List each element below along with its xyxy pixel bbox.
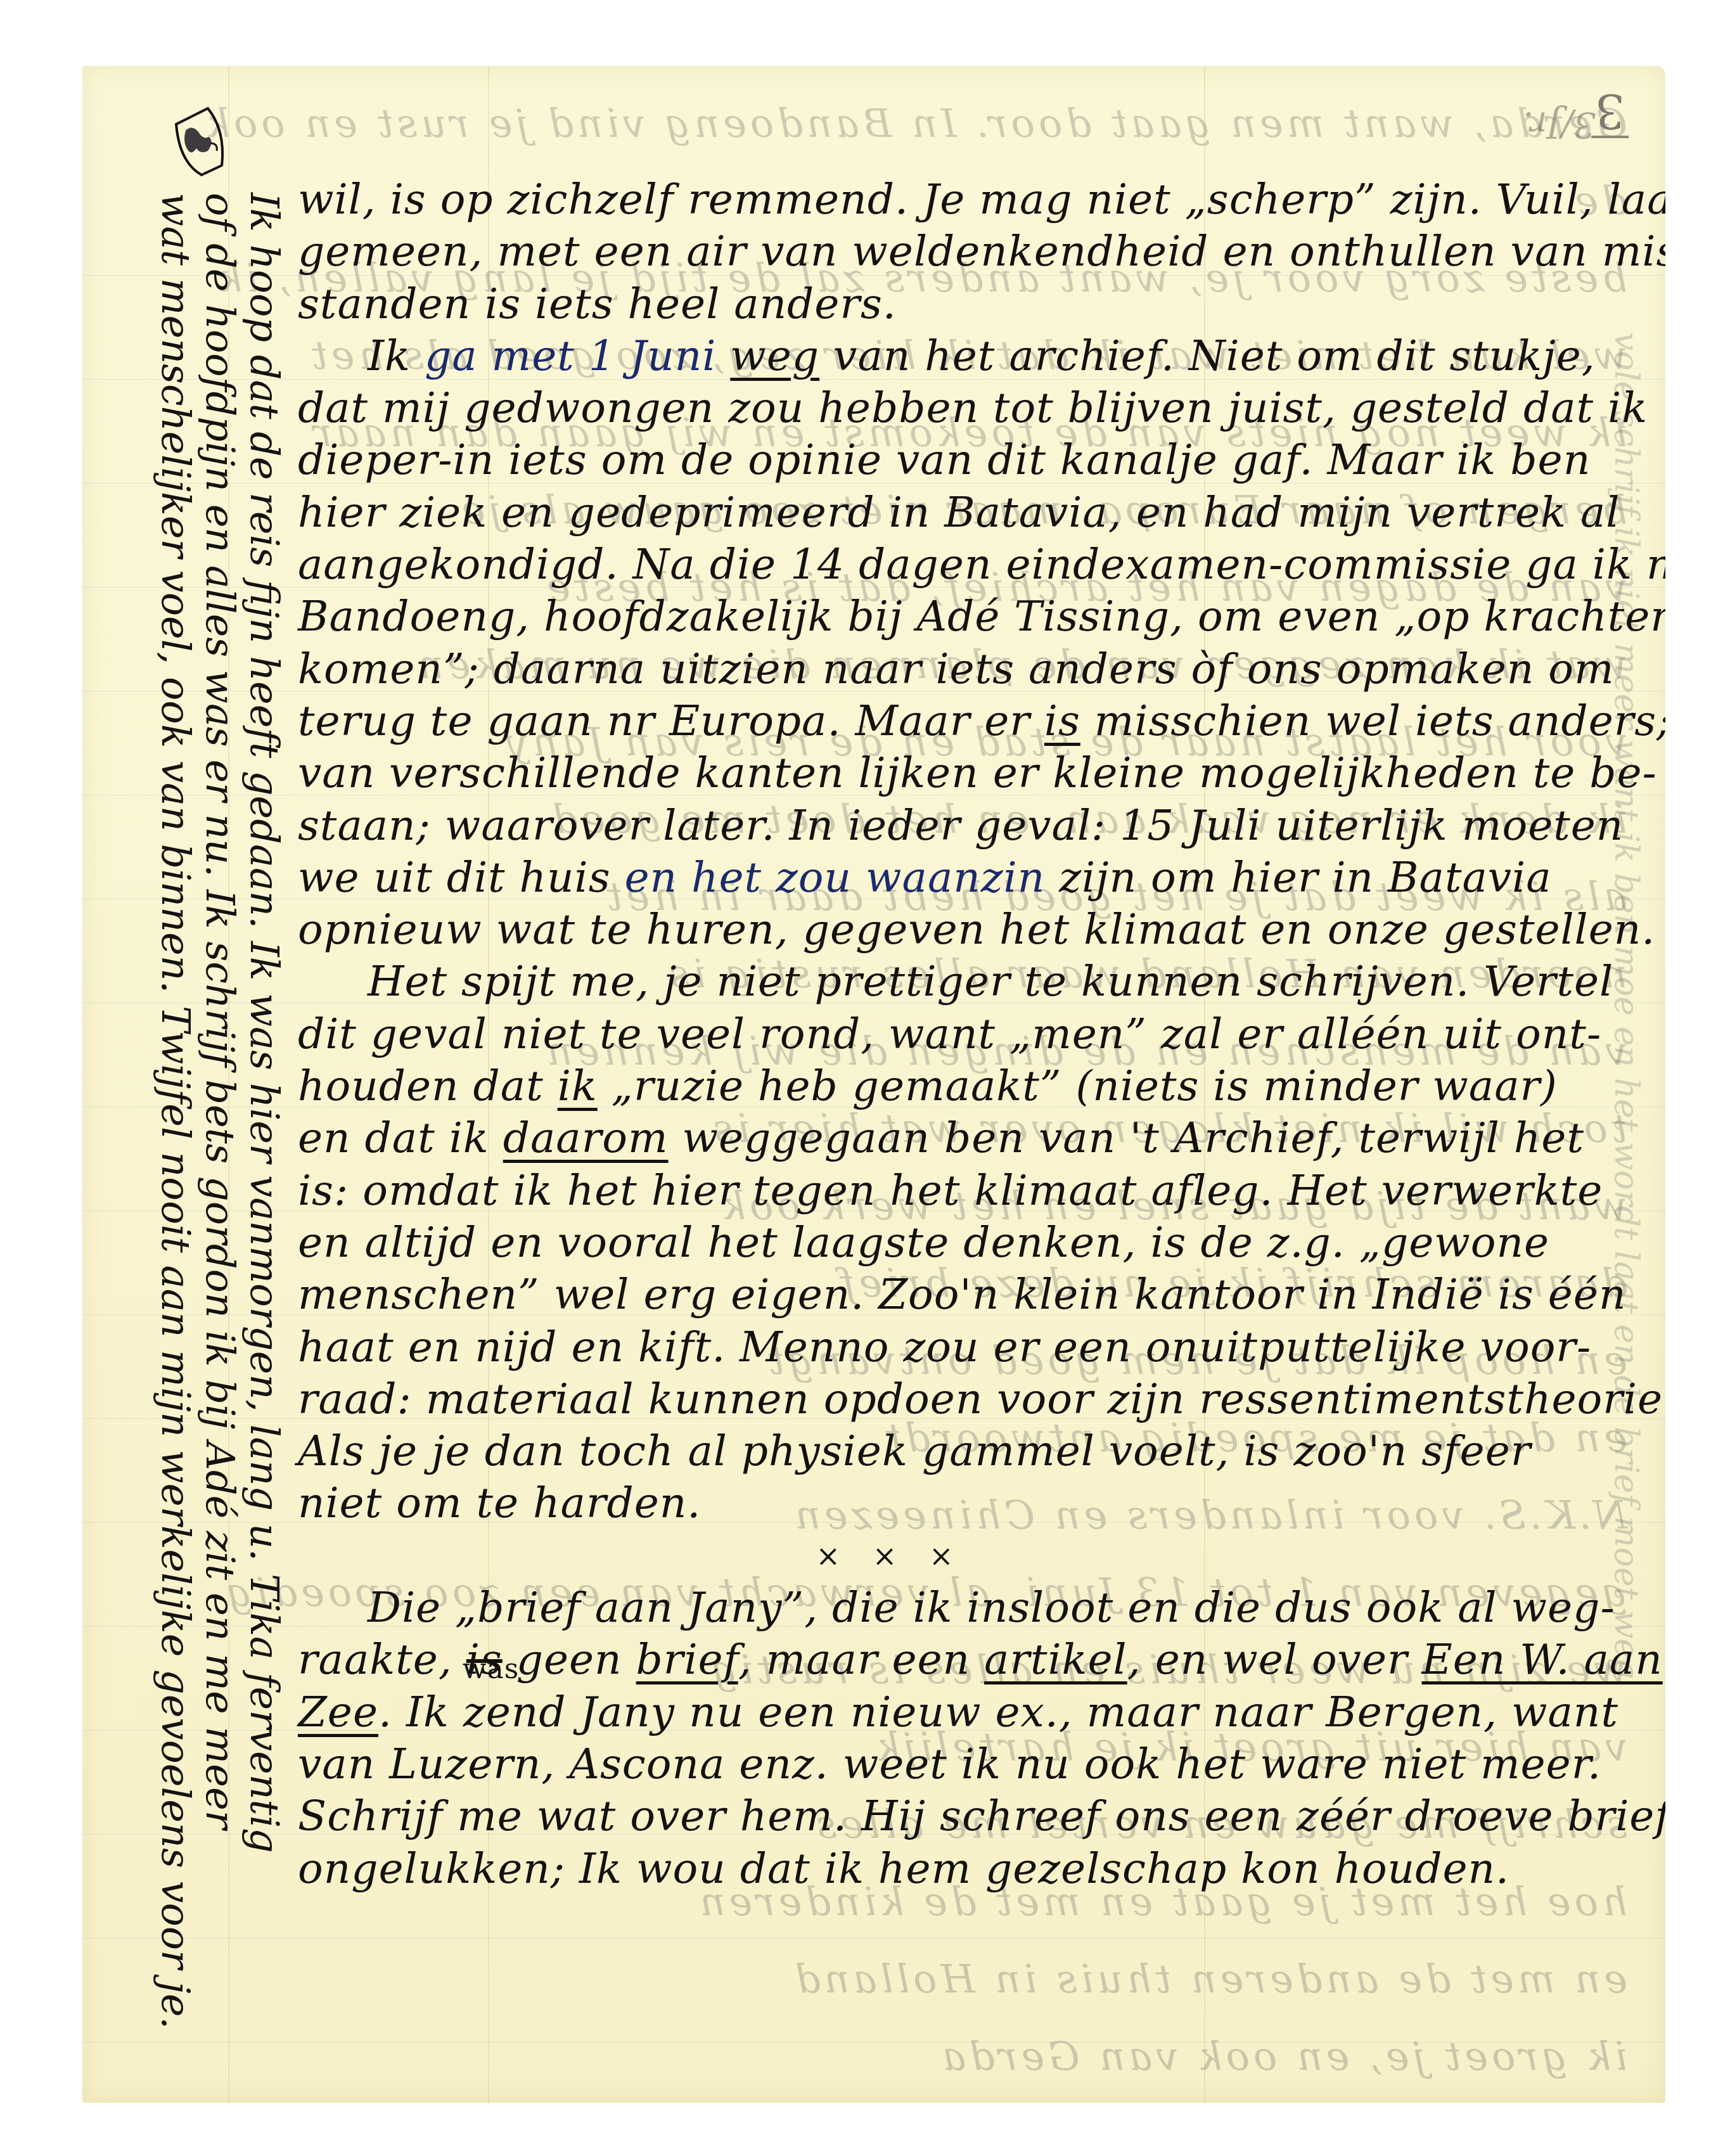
- body-line: Het spijt me, je niet prettiger te kunne…: [298, 956, 1648, 1008]
- body-line: dieper-in iets om de opinie van dit kana…: [298, 434, 1648, 486]
- body-line: ongelukken; Ik wou dat ik hem gezelschap…: [298, 1843, 1648, 1895]
- body-line: aangekondigd. Na die 14 dagen eindexamen…: [298, 539, 1648, 591]
- body-line: menschen” wel erg eigen. Zoo'n klein kan…: [298, 1269, 1648, 1321]
- body-line: Als je je dan toch al physiek gammel voe…: [298, 1425, 1648, 1477]
- body-line: en altijd en vooral het laagste denken, …: [298, 1217, 1648, 1269]
- underlined-title: Zee: [298, 1688, 378, 1736]
- body-line: van verschillende kanten lijken er klein…: [298, 747, 1648, 799]
- underlined-word: ik: [558, 1062, 598, 1110]
- margin-line: Ik hoop dat de reis fijn heeft gedaan. I…: [242, 193, 286, 2094]
- body-line: staan; waarover later. In ieder geval: 1…: [298, 800, 1648, 852]
- underlined-word: artikel: [984, 1635, 1127, 1684]
- underlined-title: Een W. aan: [1422, 1635, 1663, 1684]
- body-line: dit geval niet te veel rond, want „men” …: [298, 1008, 1648, 1060]
- body-line: raakte, wasis geen brief, maar een artik…: [298, 1634, 1648, 1686]
- page-number: 3: [1591, 85, 1629, 138]
- body-line: houden dat ik „ruzie heb gemaakt” (niets…: [298, 1060, 1648, 1112]
- margin-line: of de hoofdpijn en alles was er nu. Ik s…: [198, 193, 242, 2094]
- body-line: komen”; daarna uitzien naar iets anders …: [298, 643, 1648, 695]
- underlined-word: is: [1044, 696, 1080, 745]
- letter-page: Gerda, want men gaat door. In Bandoeng v…: [82, 66, 1665, 2103]
- blue-ink-text: ga met 1 Juni: [425, 331, 730, 380]
- body-line: en dat ik daarom weggegaan ben van 't Ar…: [298, 1112, 1648, 1164]
- body-line: standen is iets heel anders.: [298, 278, 1648, 330]
- margin-annotation: Ik hoop dat de reis fijn heeft gedaan. I…: [153, 193, 286, 2094]
- underlined-word: brief: [636, 1635, 738, 1684]
- body-line: raad: materiaal kunnen opdoen voor zijn …: [298, 1373, 1648, 1425]
- body-line: Die „brief aan Jany”, die ik insloot en …: [298, 1582, 1648, 1634]
- body-line: gemeen, met een air van weldenkendheid e…: [298, 226, 1648, 278]
- underlined-word: weg: [730, 331, 819, 380]
- body-line: opnieuw wat te huren, gegeven het klimaa…: [298, 904, 1648, 956]
- body-line: we uit dit huis en het zou waanzin zijn …: [298, 852, 1648, 904]
- underlined-word: daarom: [503, 1113, 669, 1162]
- page-note: 3/Jr.: [1523, 104, 1596, 145]
- body-line: terug te gaan nr Europa. Maar er is miss…: [298, 695, 1648, 747]
- body-line: Schrijf me wat over hem. Hij schreef ons…: [298, 1790, 1648, 1842]
- body-line: dat mij gedwongen zou hebben tot blijven…: [298, 382, 1648, 434]
- shield-crest-icon: [163, 105, 233, 181]
- body-line: van Luzern, Ascona enz. weet ik nu ook h…: [298, 1738, 1648, 1790]
- body-line: wil, is op zichzelf remmend. Je mag niet…: [298, 174, 1648, 226]
- body-line: haat en nijd en kift. Menno zou er een o…: [298, 1321, 1648, 1373]
- letter-body: wil, is op zichzelf remmend. Je mag niet…: [298, 174, 1648, 1895]
- body-line: Bandoeng, hoofdzakelijk bij Adé Tissing,…: [298, 591, 1648, 643]
- body-line: hier ziek en gedeprimeerd in Batavia, en…: [298, 487, 1648, 539]
- body-line: Ik ga met 1 Juni weg van het archief. Ni…: [298, 330, 1648, 382]
- body-line: niet om te harden.: [298, 1477, 1648, 1529]
- section-separator: × × ×: [298, 1530, 1648, 1582]
- blue-ink-text: en het zou waanzin: [624, 853, 1045, 902]
- margin-line: wat menschelijker voel, ook van binnen. …: [153, 193, 198, 2094]
- body-line: is: omdat ik het hier tegen het klimaat …: [298, 1165, 1648, 1217]
